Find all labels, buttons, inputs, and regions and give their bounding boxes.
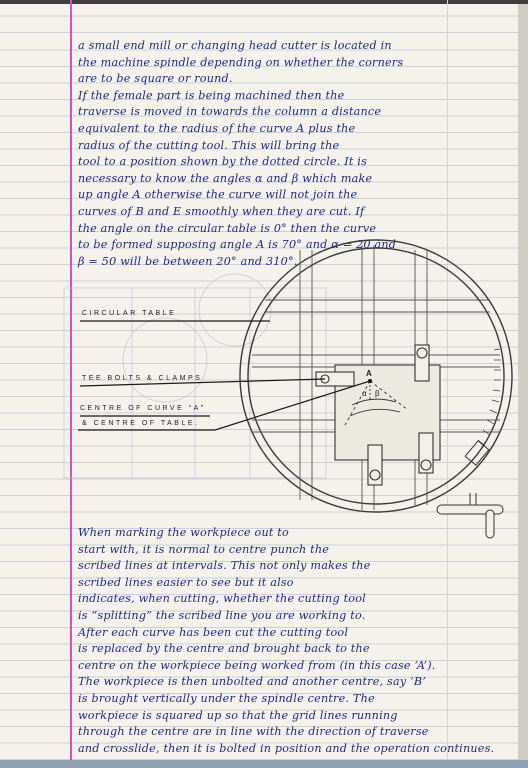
label-circular-table: CIRCULAR TABLE <box>82 310 176 317</box>
text-line: through the centre are in line with the … <box>78 724 510 741</box>
point-a-label: A <box>366 369 372 378</box>
beta-label: β <box>375 389 380 398</box>
text-line: The workpiece is then unbolted and anoth… <box>78 674 510 691</box>
text-line: workpiece is squared up so that the grid… <box>78 708 510 725</box>
label-centre-curve: CENTRE OF CURVE “A” <box>80 405 206 412</box>
text-line: is replaced by the centre and brought ba… <box>78 641 510 658</box>
text-line: scribed lines at intervals. This not onl… <box>78 558 510 575</box>
paragraph-bottom: When marking the workpiece out tostart w… <box>78 525 510 757</box>
text-line: scribed lines easier to see but it also <box>78 575 510 592</box>
text-line: is brought vertically under the spindle … <box>78 691 510 708</box>
label-centre-table: & CENTRE OF TABLE. <box>82 420 199 427</box>
text-line: and crosslide, then it is bolted in posi… <box>78 741 510 758</box>
text-line: start with, it is normal to centre punch… <box>78 542 510 559</box>
text-line: is “splitting” the scribed line you are … <box>78 608 510 625</box>
text-line: When marking the workpiece out to <box>78 525 510 542</box>
text-line: After each curve has been cut the cuttin… <box>78 625 510 642</box>
label-tee-bolts: TEE BOLTS & CLAMPS <box>82 375 202 382</box>
text-line: indicates, when cutting, whether the cut… <box>78 591 510 608</box>
text-line: centre on the workpiece being worked fro… <box>78 658 510 675</box>
alpha-label: α <box>362 389 367 398</box>
